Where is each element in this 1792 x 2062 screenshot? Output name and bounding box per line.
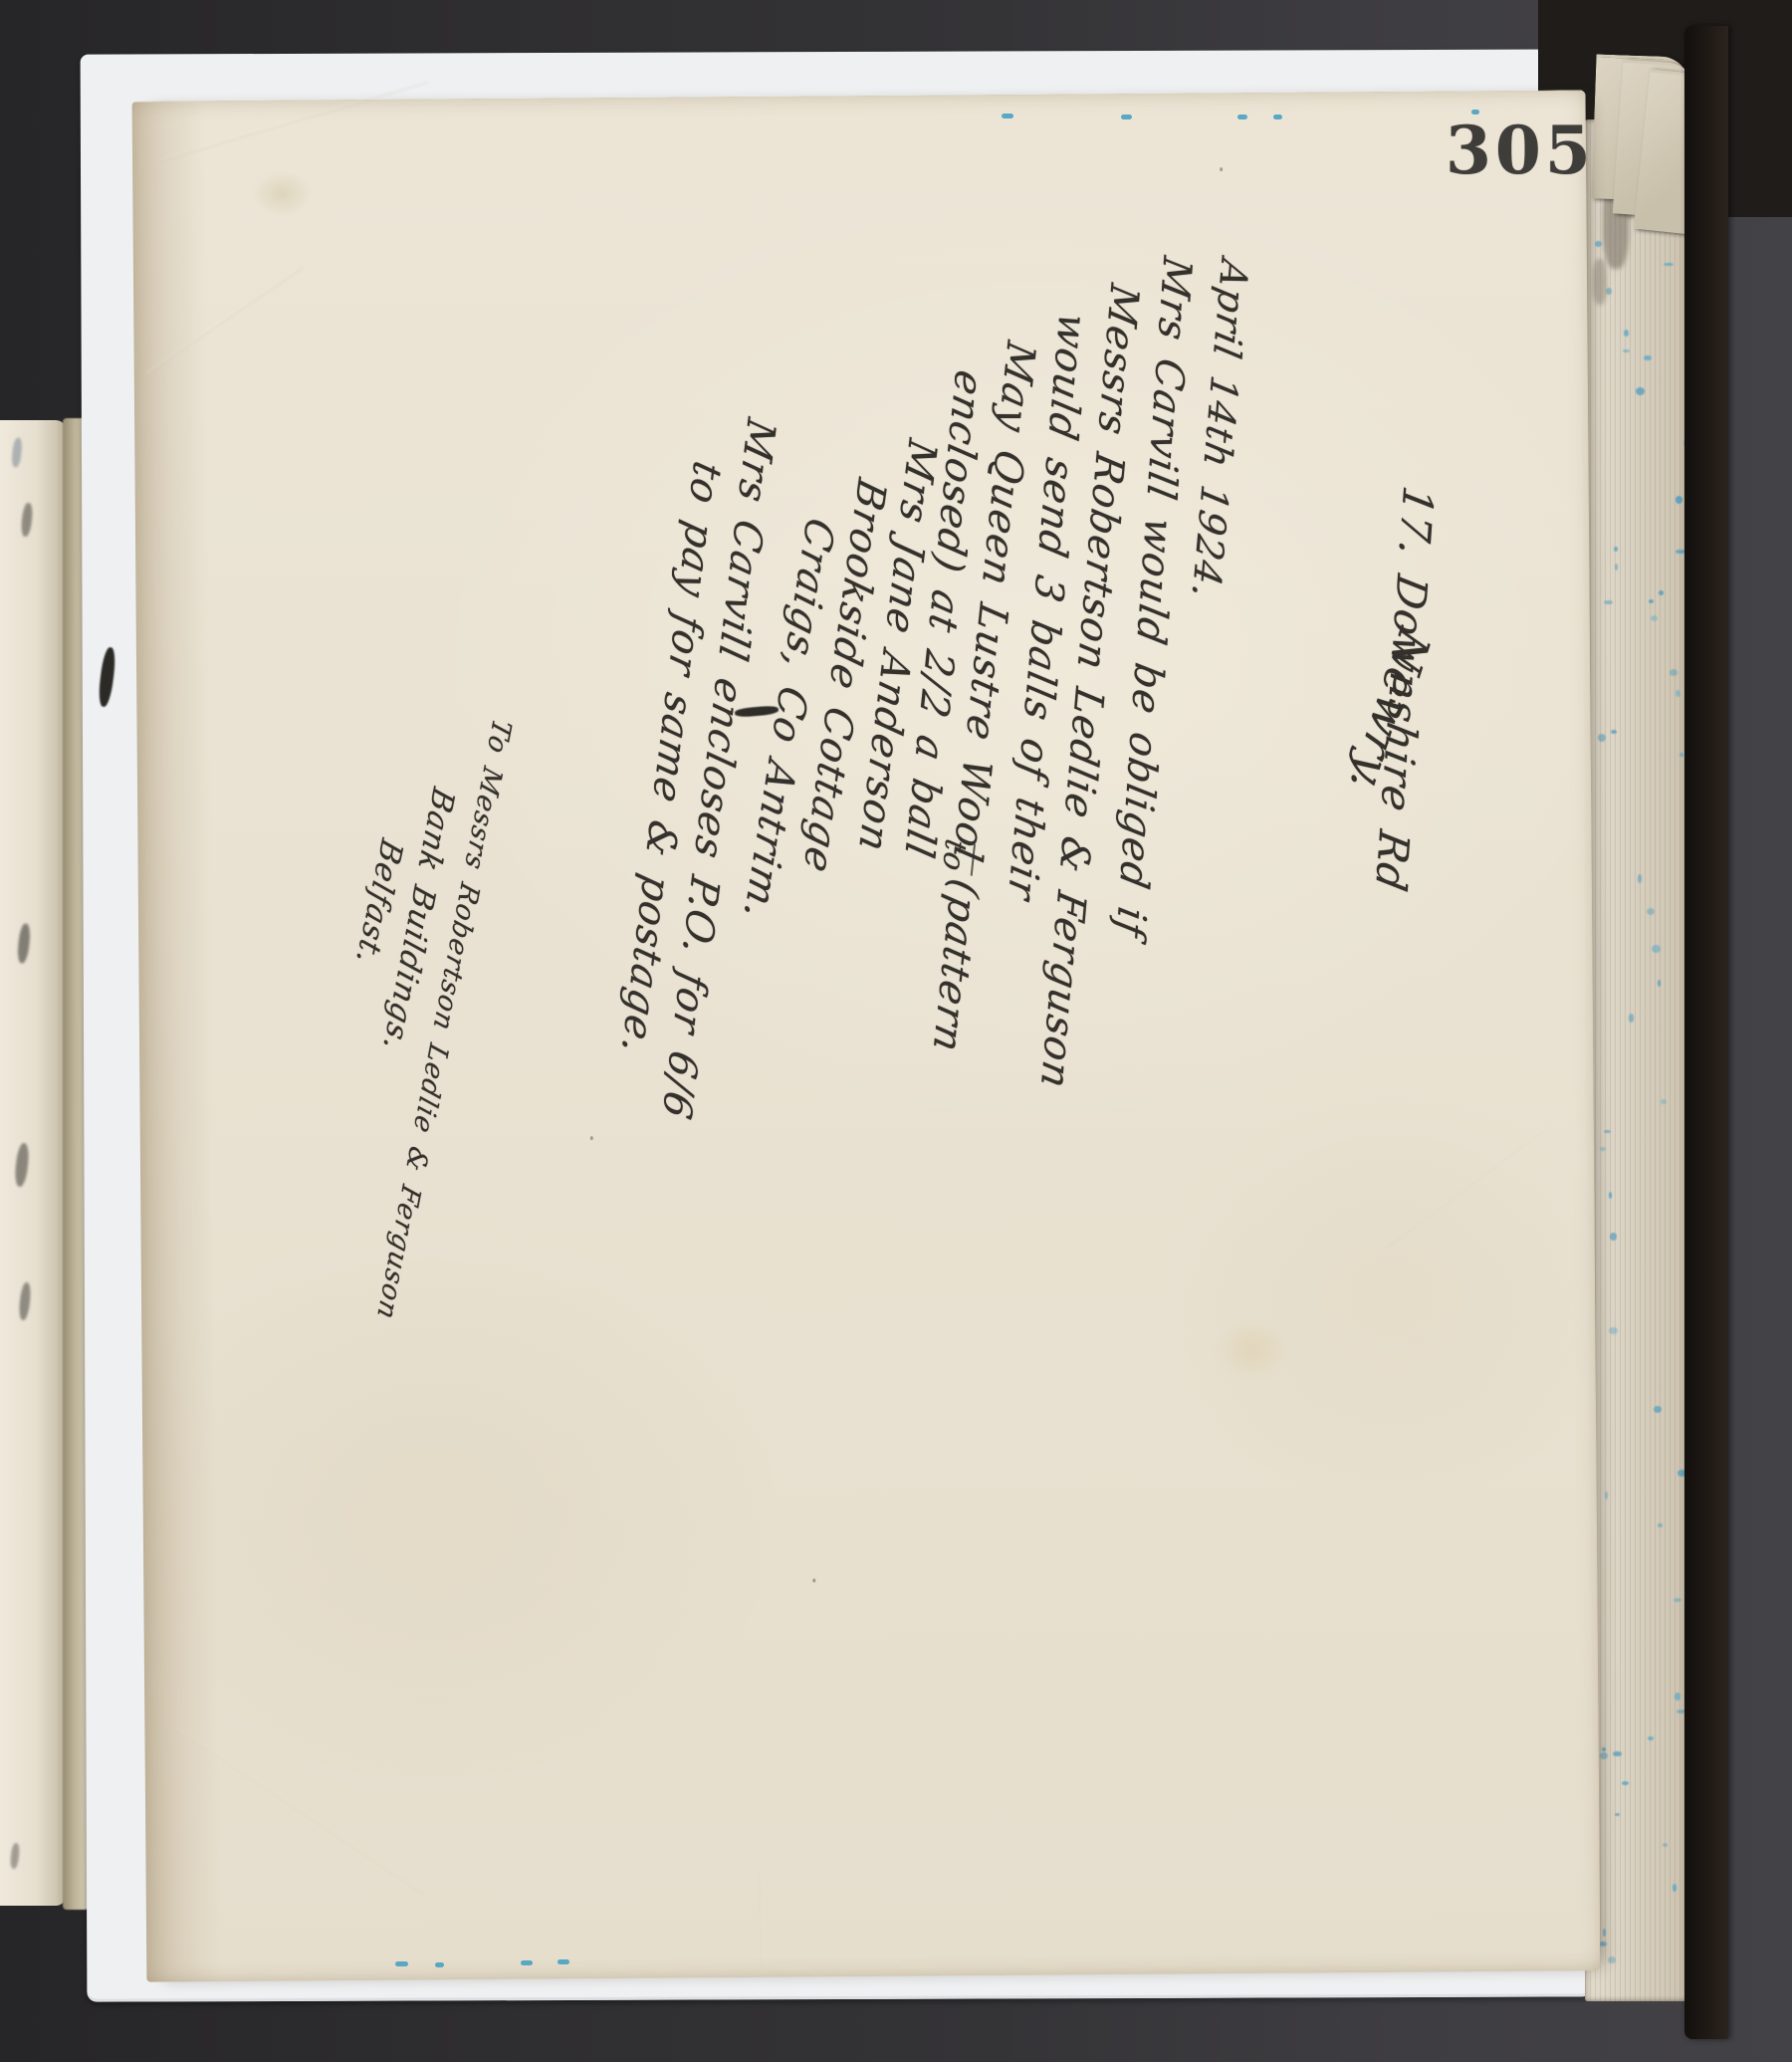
blue-speckle <box>435 1962 444 1967</box>
blue-speckle <box>1002 114 1013 118</box>
blue-speckle <box>1273 115 1282 119</box>
blue-speckle <box>1121 115 1132 119</box>
blue-speckle <box>558 1959 569 1964</box>
blue-speckle <box>1237 115 1247 119</box>
blue-speckle <box>521 1960 533 1965</box>
book-photo: 305 17. Downshire RdNewry.April 14th 192… <box>0 0 1792 2062</box>
blue-speckle <box>395 1961 408 1966</box>
blue-speckle <box>1471 110 1479 115</box>
handwriting-letter: 17. Downshire RdNewry.April 14th 1924.Mr… <box>0 0 1792 2062</box>
